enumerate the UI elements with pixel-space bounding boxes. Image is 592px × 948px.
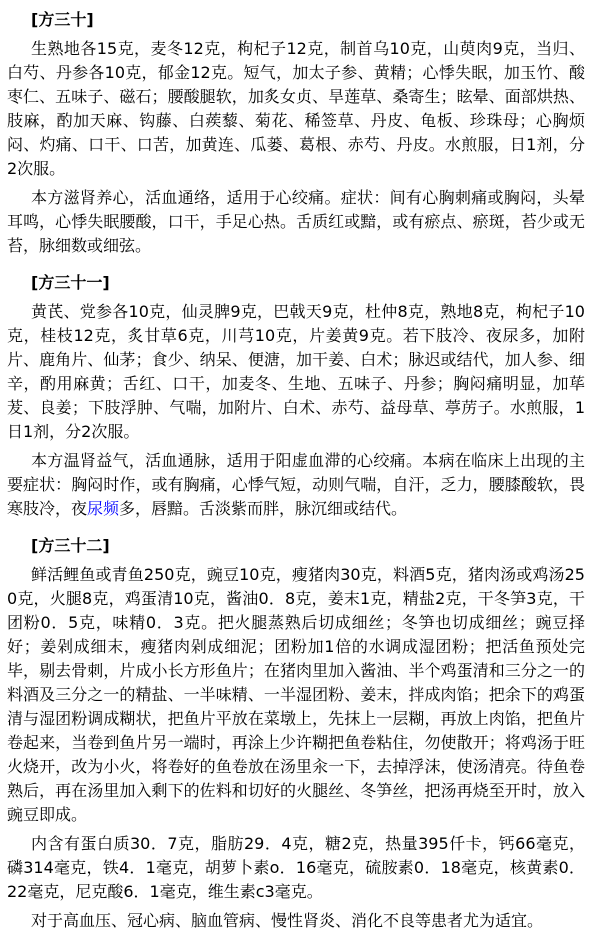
paragraph-recipe-31: 黄芪、党参各10克，仙灵脾9克，巴戟天9克，杜仲8克，熟地8克，枸杞子10克，桂… [7, 300, 585, 444]
section-heading-fang-30: [方三十] [7, 8, 585, 32]
indication-31-text-after: 多，唇黯。舌淡紫而胖，脉沉细或结代。 [119, 499, 407, 518]
section-heading-fang-32: [方三十二] [7, 534, 585, 558]
document-page: [方三十] 生熟地各15克，麦冬12克，枸杞子12克，制首乌10克，山萸肉9克，… [0, 0, 592, 948]
niaopin-link[interactable]: 尿频 [87, 499, 119, 518]
paragraph-recipe-32: 鲜活鲤鱼或青鱼250克，豌豆10克，瘦猪肉30克，料酒5克，猪肉汤或鸡汤250克… [7, 563, 585, 827]
paragraph-indication-30: 本方滋肾养心，活血通络，适用于心绞痛。症状：间有心胸刺痛或胸闷，头晕耳鸣，心悸失… [7, 186, 585, 258]
paragraph-recipe-30: 生熟地各15克，麦冬12克，枸杞子12克，制首乌10克，山萸肉9克，当归、白芍、… [7, 37, 585, 181]
section-heading-fang-31: [方三十一] [7, 271, 585, 295]
paragraph-indication-31: 本方温肾益气，活血通脉，适用于阳虚血滞的心绞痛。本病在临床上出现的主要症状：胸闷… [7, 449, 585, 521]
paragraph-suitability-32: 对于高血压、冠心病、脑血管病、慢性肾炎、消化不良等患者尤为适宜。 [7, 909, 585, 933]
paragraph-nutrition-32: 内含有蛋白质30．7克，脂肪29．4克，糖2克，热量395仟卡，钙66毫克，磷3… [7, 832, 585, 904]
